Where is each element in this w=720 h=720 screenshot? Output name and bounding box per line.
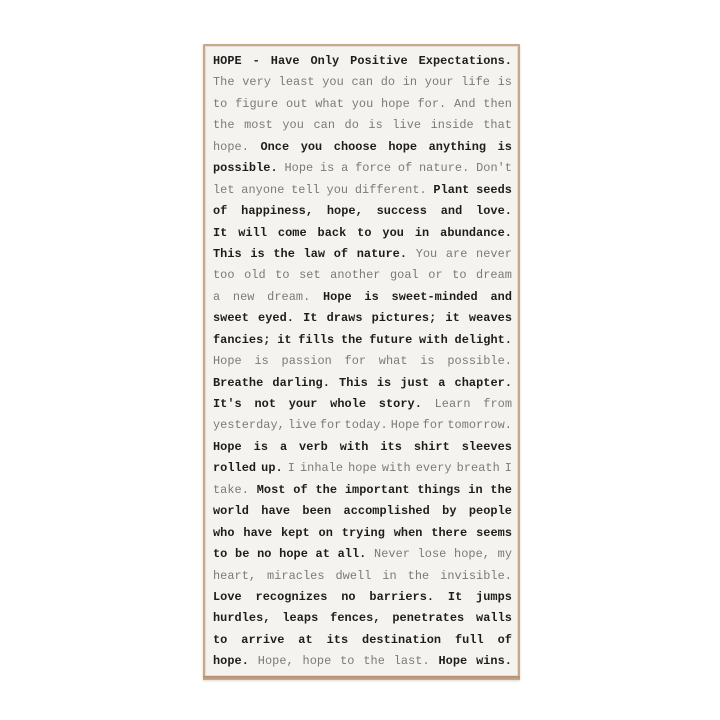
sign-text-line: too old to set another goal or to dream: [213, 265, 512, 286]
sign-text-line: Hope is passion for what is possible.: [213, 351, 512, 372]
bold-phrase: sweet eyed. It draws pictures; it weaves: [213, 311, 512, 325]
sign-text-line: possible. Hope is a force of nature. Don…: [213, 158, 512, 179]
sign-title-line: HOPE - Have Only Positive Expectations.: [213, 51, 512, 72]
sign-text-line: hurdles, leaps fences, penetrates walls: [213, 608, 512, 629]
light-phrase: hope.: [213, 140, 260, 154]
sign-text-line: sweet eyed. It draws pictures; it weaves: [213, 308, 512, 329]
light-phrase: Learn from: [435, 397, 512, 411]
sign-text-line: yesterday, live for today. Hope for tomo…: [213, 415, 512, 436]
bold-phrase: Most of the important things in the: [257, 483, 512, 497]
bold-phrase: HOPE - Have Only Positive Expectations.: [213, 54, 512, 68]
product-image: HOPE - Have Only Positive Expectations.T…: [0, 0, 720, 720]
bold-phrase: world have been accomplished by people: [213, 504, 512, 518]
light-phrase: to figure out what you hope for. And the…: [213, 97, 512, 111]
light-phrase: let anyone tell you different.: [213, 183, 433, 197]
light-phrase: yesterday, live for today. Hope for tomo…: [213, 418, 512, 432]
light-phrase: I inhale hope with every breath I: [288, 461, 512, 475]
light-phrase: Hope is passion for what is possible.: [213, 354, 512, 368]
sign-face: HOPE - Have Only Positive Expectations.T…: [205, 46, 518, 676]
bold-phrase: This is the law of nature.: [213, 247, 416, 261]
sign-text-line: It's not your whole story. Learn from: [213, 394, 512, 415]
bold-phrase: Hope is sweet-minded and: [323, 290, 512, 304]
sign-text-line: Love recognizes no barriers. It jumps: [213, 587, 512, 608]
bold-phrase: hurdles, leaps fences, penetrates walls: [213, 611, 512, 625]
light-phrase: The very least you can do in your life i…: [213, 75, 512, 89]
bold-phrase: Love recognizes no barriers. It jumps: [213, 590, 512, 604]
sign-text-line: Hope is a verb with its shirt sleeves: [213, 437, 512, 458]
sign-text-line: the most you can do is live inside that: [213, 115, 512, 136]
bold-phrase: hope.: [213, 654, 258, 668]
bold-phrase: of happiness, hope, success and love.: [213, 204, 512, 218]
sign-text-line: take. Most of the important things in th…: [213, 480, 512, 501]
light-phrase: You are never: [416, 247, 512, 261]
wooden-sign-board: HOPE - Have Only Positive Expectations.T…: [203, 44, 520, 680]
sign-text-line: heart, miracles dwell in the invisible.: [213, 566, 512, 587]
sign-text-line: hope. Hope, hope to the last. Hope wins.: [213, 651, 512, 672]
bold-phrase: Breathe darling. This is just a chapter.: [213, 376, 512, 390]
bold-phrase: fancies; it fills the future with deligh…: [213, 333, 512, 347]
sign-text-line: to arrive at its destination full of: [213, 630, 512, 651]
sign-text-line: let anyone tell you different. Plant see…: [213, 180, 512, 201]
bold-phrase: Hope wins.: [438, 654, 512, 668]
bold-phrase: possible.: [213, 161, 284, 175]
sign-text-line: Breathe darling. This is just a chapter.: [213, 373, 512, 394]
bold-phrase: Once you choose hope anything is: [260, 140, 512, 154]
sign-text-line: to figure out what you hope for. And the…: [213, 94, 512, 115]
sign-text-line: who have kept on trying when there seems: [213, 523, 512, 544]
sign-text-line: fancies; it fills the future with deligh…: [213, 330, 512, 351]
light-phrase: a new dream.: [213, 290, 323, 304]
sign-text: HOPE - Have Only Positive Expectations.T…: [213, 51, 512, 673]
sign-text-line: rolled up. I inhale hope with every brea…: [213, 458, 512, 479]
sign-text-line: of happiness, hope, success and love.: [213, 201, 512, 222]
bold-phrase: rolled up.: [213, 461, 288, 475]
bold-phrase: It will come back to you in abundance.: [213, 226, 512, 240]
bold-phrase: to be no hope at all.: [213, 547, 374, 561]
bold-phrase: Hope is a verb with its shirt sleeves: [213, 440, 512, 454]
light-phrase: heart, miracles dwell in the invisible.: [213, 569, 512, 583]
bold-phrase: to arrive at its destination full of: [213, 633, 512, 647]
sign-text-line: This is the law of nature. You are never: [213, 244, 512, 265]
sign-text-line: world have been accomplished by people: [213, 501, 512, 522]
sign-text-line: hope. Once you choose hope anything is: [213, 137, 512, 158]
bold-phrase: Plant seeds: [433, 183, 512, 197]
light-phrase: take.: [213, 483, 257, 497]
sign-text-line: It will come back to you in abundance.: [213, 223, 512, 244]
light-phrase: the most you can do is live inside that: [213, 118, 512, 132]
light-phrase: Never lose hope, my: [374, 547, 512, 561]
light-phrase: Hope, hope to the last.: [258, 654, 439, 668]
bold-phrase: It's not your whole story.: [213, 397, 435, 411]
bold-phrase: who have kept on trying when there seems: [213, 526, 512, 540]
sign-text-line: The very least you can do in your life i…: [213, 72, 512, 93]
light-phrase: too old to set another goal or to dream: [213, 268, 512, 282]
light-phrase: Hope is a force of nature. Don't: [284, 161, 512, 175]
sign-text-line: a new dream. Hope is sweet-minded and: [213, 287, 512, 308]
sign-text-line: to be no hope at all. Never lose hope, m…: [213, 544, 512, 565]
board-edge: [203, 676, 520, 680]
